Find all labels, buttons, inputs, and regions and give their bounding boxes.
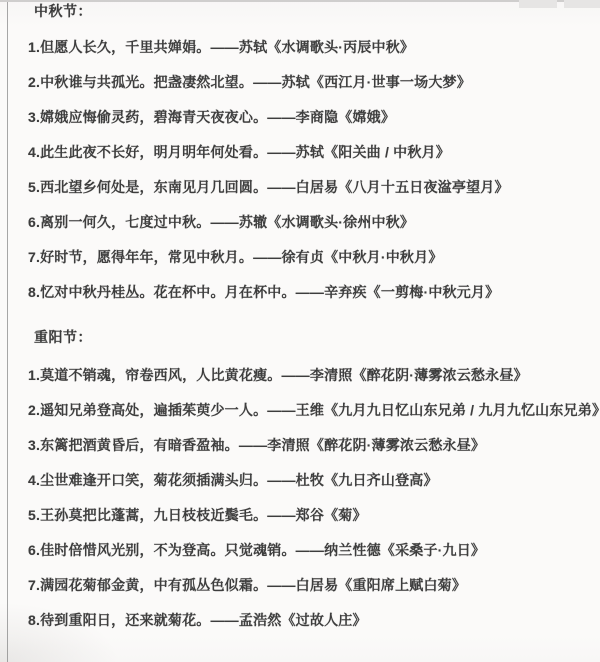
section-mid-autumn: 中秋节： 1.但愿人长久，千里共婵娟。——苏轼《水调歌头·丙辰中秋》 2.中秋谁… (28, 3, 590, 300)
section-heading-mid-autumn: 中秋节： (34, 3, 590, 19)
quote-line: 8.待到重阳日，还来就菊花。——孟浩然《过故人庄》 (28, 612, 590, 628)
quote-line: 6.佳时倍惜风光别，不为登高。只觉魂销。——纳兰性德《采桑子·九日》 (28, 542, 590, 558)
quote-line: 2.遥知兄弟登高处，遍插茱萸少一人。——王维《九月九日忆山东兄弟 / 九月九忆山… (28, 402, 590, 418)
quote-line: 5.王孙莫把比蓬蒿，九日枝枝近鬓毛。——郑谷《菊》 (28, 507, 590, 523)
scan-top-hairline (0, 0, 600, 2)
quote-line: 6.离别一何久，七度过中秋。——苏辙《水调歌头·徐州中秋》 (28, 214, 590, 230)
scan-artifact (519, 0, 557, 8)
quote-line: 1.但愿人长久，千里共婵娟。——苏轼《水调歌头·丙辰中秋》 (28, 39, 590, 55)
quote-line: 2.中秋谁与共孤光。把盏凄然北望。——苏轼《西江月·世事一场大梦》 (28, 74, 590, 90)
quote-line: 3.东篱把酒黄昏后，有暗香盈袖。——李清照《醉花阴·薄雾浓云愁永昼》 (28, 437, 590, 453)
section-heading-double-ninth: 重阳节： (34, 329, 590, 345)
quote-line: 5.西北望乡何处是，东南见月几回圆。——白居易《八月十五日夜湓亭望月》 (28, 179, 590, 195)
quote-line: 7.好时节，愿得年年，常见中秋月。——徐有贞《中秋月·中秋月》 (28, 249, 590, 265)
quote-line: 4.此生此夜不长好，明月明年何处看。——苏轼《阳关曲 / 中秋月》 (28, 144, 590, 160)
document-page: 中秋节： 1.但愿人长久，千里共婵娟。——苏轼《水调歌头·丙辰中秋》 2.中秋谁… (0, 0, 600, 662)
scan-edge-line (7, 0, 8, 662)
quote-line: 4.尘世难逢开口笑，菊花须插满头归。——杜牧《九日齐山登高》 (28, 472, 590, 488)
quote-line: 3.嫦娥应悔偷灵药，碧海青天夜夜心。——李商隐《嫦娥》 (28, 109, 590, 125)
quote-line: 8.忆对中秋丹桂丛。花在杯中。月在杯中。——辛弃疾《一剪梅·中秋元月》 (28, 284, 590, 300)
quote-line: 7.满园花菊郁金黄，中有孤丛色似霜。——白居易《重阳席上赋白菊》 (28, 577, 590, 593)
quote-line: 1.莫道不销魂，帘卷西风，人比黄花瘦。——李清照《醉花阴·薄雾浓云愁永昼》 (28, 367, 590, 383)
scan-artifact (564, 0, 600, 8)
section-double-ninth: 重阳节： 1.莫道不销魂，帘卷西风，人比黄花瘦。——李清照《醉花阴·薄雾浓云愁永… (28, 329, 590, 628)
